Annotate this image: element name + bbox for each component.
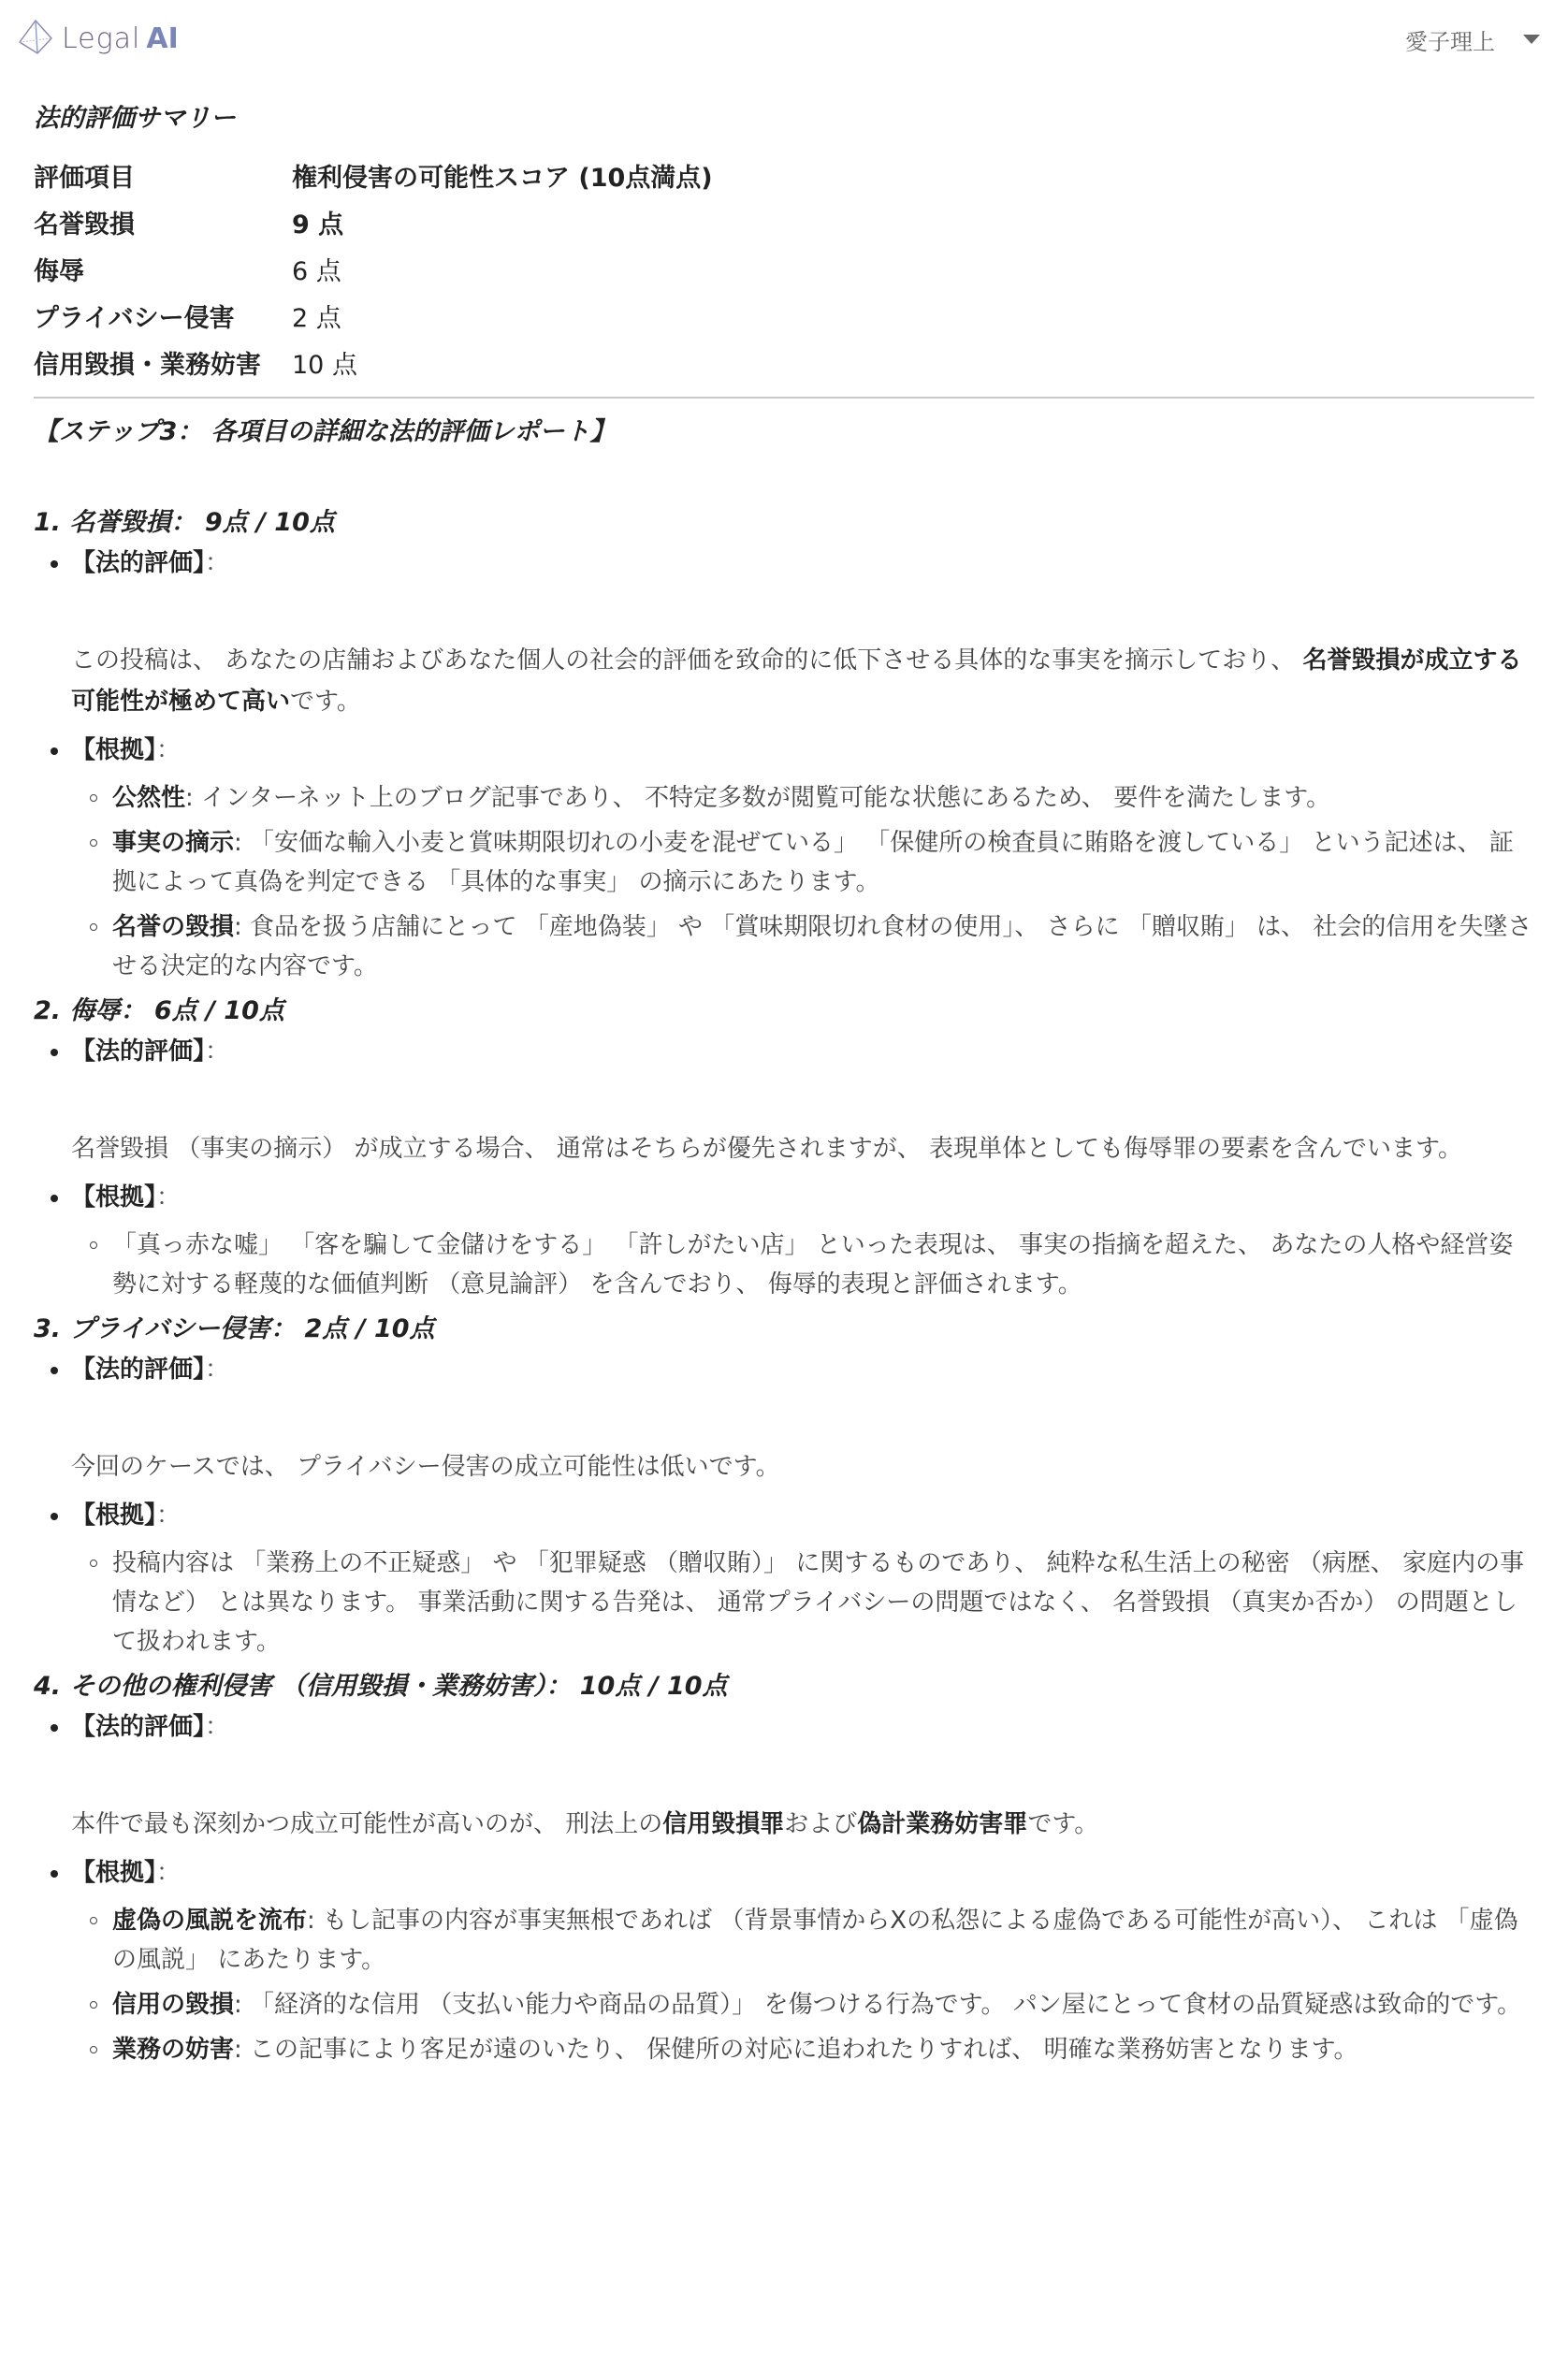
section-heading-privacy: 3. プライバシー侵害： 2点 / 10点 bbox=[34, 1310, 1534, 1349]
basis-label: 【根拠】： bbox=[34, 1495, 1534, 1536]
section-heading-insult: 2. 侮辱： 6点 / 10点 bbox=[34, 992, 1534, 1031]
section-heading-credit-business: 4. その他の権利侵害 （信用毀損・業務妨害）： 10点 / 10点 bbox=[34, 1667, 1534, 1706]
basis-label: 【根拠】： bbox=[34, 1852, 1534, 1893]
summary-score: 2 点 bbox=[292, 292, 713, 339]
divider bbox=[34, 397, 1534, 399]
basis-item: 虚偽の風説を流布: もし記事の内容が事実無根であれば （背景事情からXの私怨によ… bbox=[34, 1901, 1534, 1980]
legal-ai-logo[interactable]: Legal AI bbox=[17, 17, 179, 60]
summary-header-score: 権利侵害の可能性スコア (10点満点) bbox=[292, 152, 713, 198]
summary-title: 法的評価サマリー bbox=[34, 97, 1534, 129]
user-name: 愛子理上 bbox=[1405, 23, 1495, 56]
basis-label: 【根拠】： bbox=[34, 730, 1534, 771]
summary-table: 評価項目 権利侵害の可能性スコア (10点満点) 名誉毀損 9 点 侮辱 6 点… bbox=[34, 152, 713, 385]
summary-item: 信用毀損・業務妨害 bbox=[34, 339, 292, 385]
legal-eval-label: 【法的評価】： bbox=[34, 1706, 1534, 1748]
summary-item: 名誉毀損 bbox=[34, 198, 292, 245]
summary-row: 名誉毀損 9 点 bbox=[34, 198, 713, 245]
basis-label: 【根拠】： bbox=[34, 1177, 1534, 1218]
summary-row: プライバシー侵害 2 点 bbox=[34, 292, 713, 339]
basis-item: 信用の毀損: 「経済的な信用 （支払い能力や商品の品質）」 を傷つける行為です。… bbox=[34, 1985, 1534, 2024]
logo-text-legal: Legal bbox=[62, 22, 140, 55]
basis-item: 投稿内容は 「業務上の不正疑惑」 や 「犯罪疑惑 （贈収賄）」 に関するものであ… bbox=[34, 1544, 1534, 1661]
summary-score: 6 点 bbox=[292, 245, 713, 292]
top-bar: Legal AI 愛子理上 bbox=[0, 0, 1568, 75]
summary-header-row: 評価項目 権利侵害の可能性スコア (10点満点) bbox=[34, 152, 713, 198]
step-title: 【ステップ3： 各項目の詳細な法的評価レポート】 bbox=[34, 414, 1534, 451]
diamond-logo-icon bbox=[17, 18, 54, 59]
summary-item: プライバシー侵害 bbox=[34, 292, 292, 339]
summary-row: 侮辱 6 点 bbox=[34, 245, 713, 292]
legal-eval-label: 【法的評価】： bbox=[34, 543, 1534, 584]
legal-eval-label: 【法的評価】： bbox=[34, 1349, 1534, 1390]
summary-score: 9 点 bbox=[292, 198, 713, 245]
report-content: 法的評価サマリー 評価項目 権利侵害の可能性スコア (10点満点) 名誉毀損 9… bbox=[34, 94, 1534, 2075]
legal-eval-label: 【法的評価】： bbox=[34, 1031, 1534, 1072]
basis-item: 公然性: インターネット上のブログ記事であり、 不特定多数が閲覧可能な状態にある… bbox=[34, 778, 1534, 818]
user-menu-dropdown[interactable]: 愛子理上 bbox=[1405, 22, 1540, 56]
legal-eval-text: 名誉毀損 （事実の摘示） が成立する場合、 通常はそちらが優先されますが、 表現… bbox=[34, 1128, 1534, 1169]
legal-eval-text: この投稿は、 あなたの店舗およびあなた個人の社会的評価を致命的に低下させる具体的… bbox=[34, 640, 1534, 722]
logo-text-ai: AI bbox=[146, 22, 178, 55]
basis-item: 名誉の毀損: 食品を扱う店舗にとって 「産地偽装」 や 「賞味期限切れ食材の使用… bbox=[34, 907, 1534, 986]
basis-item: 「真っ赤な嘘」 「客を騙して金儲けをする」 「許しがたい店」 といった表現は、 … bbox=[34, 1226, 1534, 1304]
caret-down-icon bbox=[1523, 35, 1540, 44]
section-heading-defamation: 1. 名誉毀損： 9点 / 10点 bbox=[34, 503, 1534, 543]
summary-score: 10 点 bbox=[292, 339, 713, 385]
legal-eval-text: 今回のケースでは、 プライバシー侵害の成立可能性は低いです。 bbox=[34, 1446, 1534, 1487]
legal-eval-text: 本件で最も深刻かつ成立可能性が高いのが、 刑法上の信用毀損罪および偽計業務妨害罪… bbox=[34, 1804, 1534, 1845]
summary-header-item: 評価項目 bbox=[34, 152, 292, 198]
basis-item: 業務の妨害: この記事により客足が遠のいたり、 保健所の対応に追われたりすれば、… bbox=[34, 2030, 1534, 2069]
summary-item: 侮辱 bbox=[34, 245, 292, 292]
summary-row: 信用毀損・業務妨害 10 点 bbox=[34, 339, 713, 385]
basis-item: 事実の摘示: 「安価な輸入小麦と賞味期限切れの小麦を混ぜている」 「保健所の検査… bbox=[34, 823, 1534, 902]
